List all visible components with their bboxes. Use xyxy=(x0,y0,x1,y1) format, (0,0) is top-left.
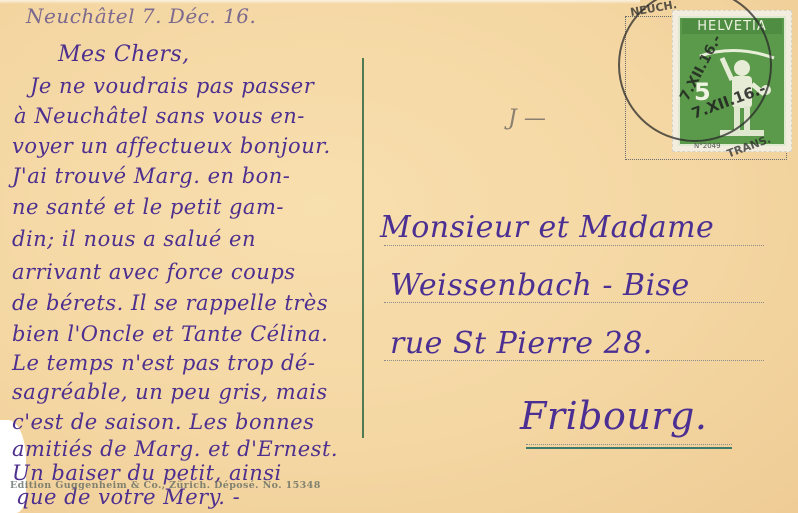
center-divider xyxy=(362,58,364,438)
address-rule xyxy=(526,444,732,445)
message-line: à Neuchâtel sans vous en- xyxy=(14,104,305,128)
address-rule xyxy=(384,245,764,246)
address-line-1: Monsieur et Madame xyxy=(380,210,714,245)
pencil-note: J — xyxy=(508,106,546,131)
message-line: ne santé et le petit gam- xyxy=(12,195,284,219)
postcard-back: Neuchâtel 7. Déc. 16. Mes Chers, Je ne v… xyxy=(0,0,798,513)
address-city: Fribourg. xyxy=(520,394,707,438)
message-line: arrivant avec force coups xyxy=(12,260,296,284)
message-line: voyer un affectueux bonjour. xyxy=(12,134,331,158)
message-line: J'ai trouvé Marg. en bon- xyxy=(12,164,290,188)
address-line-2: Weissenbach - Bise xyxy=(390,268,690,303)
message-line: sagréable, un peu gris, mais xyxy=(12,380,328,404)
address-line-3: rue St Pierre 28. xyxy=(390,326,653,361)
message-line: c'est de saison. Les bonnes xyxy=(12,410,314,434)
message-line: din; il nous a salué en xyxy=(12,227,256,251)
stamp-print-mark: N°2049 xyxy=(694,142,721,150)
message-date: Neuchâtel 7. Déc. 16. xyxy=(26,4,256,28)
message-line: Le temps n'est pas trop dé- xyxy=(12,351,315,375)
message-line: de bérets. Il se rappelle très xyxy=(12,291,328,315)
publisher-imprint: Edition Guggenheim & Co., Zürich. Déposé… xyxy=(10,480,321,491)
message-line: Je ne voudrais pas passer xyxy=(30,74,314,98)
message-line: amitiés de Marg. et d'Ernest. xyxy=(12,437,338,461)
message-greeting: Mes Chers, xyxy=(58,42,190,67)
message-line: bien l'Oncle et Tante Célina. xyxy=(12,322,328,346)
city-underline xyxy=(526,447,732,449)
